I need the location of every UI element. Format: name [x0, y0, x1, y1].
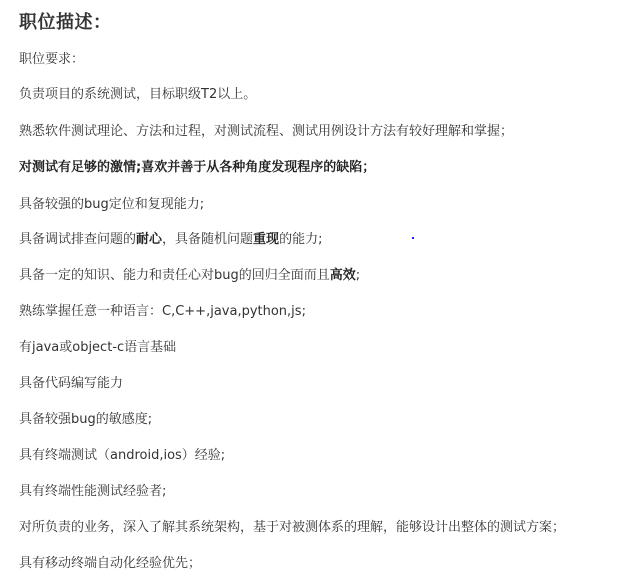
section-heading: 职位描述：: [19, 8, 112, 34]
requirement-item: 具备一定的知识、能力和责任心对bug的回归全面而且高效;: [19, 267, 360, 285]
requirement-item: 对测试有足够的激情;喜欢并善于从各种角度发现程序的缺陷；: [19, 159, 375, 177]
text-segment: ，具备随机问题: [162, 232, 253, 247]
emphasis-text: 重现: [253, 232, 279, 247]
requirement-item: 具有移动终端自动化经验优先；: [19, 555, 201, 573]
requirement-item: 具有终端测试（android,ios）经验;: [19, 447, 225, 465]
emphasis-text: 耐心: [136, 232, 162, 247]
emphasis-text: 高效: [330, 268, 356, 283]
text-segment: 具备一定的知识、能力和责任心对bug的回归全面而且: [19, 268, 330, 283]
stray-dot-artifact: [412, 237, 414, 239]
requirement-item: 熟悉软件测试理论、方法和过程，对测试流程、测试用例设计方法有较好理解和掌握；: [19, 123, 513, 141]
text-segment: 具备调试排查问题的: [19, 232, 136, 247]
requirement-item: 有java或object-c语言基础: [19, 339, 176, 357]
requirement-item: 负责项目的系统测试，目标职级T2以上。: [19, 86, 256, 104]
requirement-item: 具备调试排查问题的耐心，具备随机问题重现的能力;: [19, 231, 322, 249]
requirement-item: 具备较强bug的敏感度;: [19, 411, 152, 429]
requirement-item: 具备代码编写能力: [19, 375, 123, 393]
requirement-item: 具备较强的bug定位和复现能力;: [19, 196, 204, 214]
requirement-item: 对所负责的业务，深入了解其系统架构，基于对被测体系的理解，能够设计出整体的测试方…: [19, 519, 565, 537]
text-segment: 的能力;: [279, 232, 322, 247]
text-segment: ;: [356, 268, 360, 283]
requirements-label: 职位要求：: [19, 51, 84, 69]
requirement-item: 熟练掌握任意一种语言：C,C++,java,python,js;: [19, 303, 306, 321]
requirement-item: 具有终端性能测试经验者;: [19, 483, 166, 501]
